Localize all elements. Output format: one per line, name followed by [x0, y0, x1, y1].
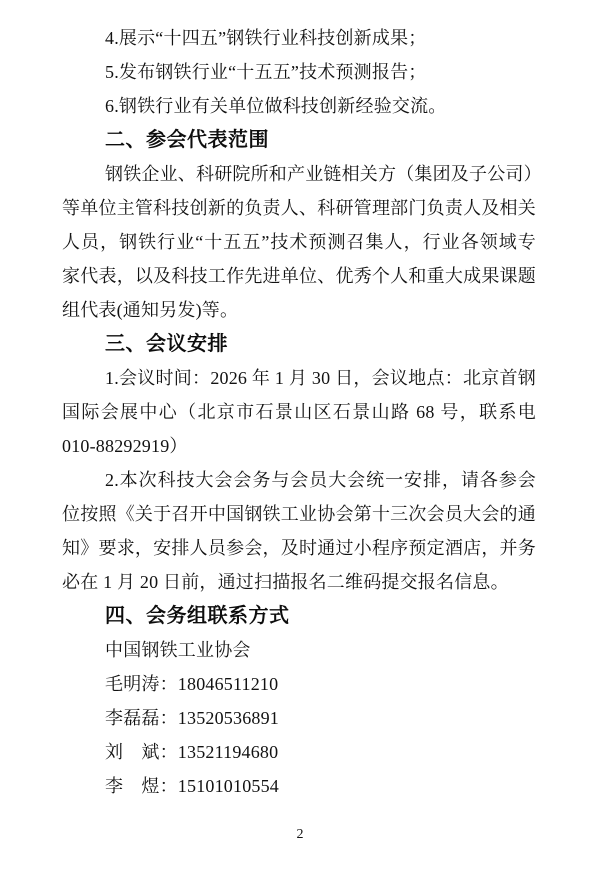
organization-name: 中国钢铁工业协会	[62, 633, 536, 667]
paragraph-line: 2.本次科技大会会务与会员大会统一安排，请各参会单	[62, 463, 536, 497]
list-item-5: 5.发布钢铁行业“十五五”技术预测报告；	[62, 55, 536, 89]
paragraph-line: 等单位主管科技创新的负责人、科研管理部门负责人及相关	[62, 191, 536, 225]
paragraph-line: 组代表(通知另发)等。	[62, 293, 536, 327]
paragraph-line: 必在 1 月 20 日前，通过扫描报名二维码提交报名信息。	[62, 565, 536, 599]
contact-line: 李 煜：15101010554	[62, 769, 536, 803]
paragraph-line: 位按照《关于召开中国钢铁工业协会第十三次会员大会的通	[62, 497, 536, 531]
contact-line: 毛明涛：18046511210	[62, 667, 536, 701]
list-item-6: 6.钢铁行业有关单位做科技创新经验交流。	[62, 89, 536, 123]
paragraph-line: 1.会议时间：2026 年 1 月 30 日，会议地点：北京首钢	[62, 361, 536, 395]
paragraph-line: 人员，钢铁行业“十五五”技术预测召集人，行业各领域专	[62, 225, 536, 259]
paragraph-line: 国际会展中心（北京市石景山区石景山路 68 号，联系电话：	[62, 395, 536, 429]
paragraph-line: 010-88292919）	[62, 429, 536, 463]
document-body: 4.展示“十四五”钢铁行业科技创新成果； 5.发布钢铁行业“十五五”技术预测报告…	[62, 21, 536, 803]
document-page: 4.展示“十四五”钢铁行业科技创新成果； 5.发布钢铁行业“十五五”技术预测报告…	[0, 0, 600, 875]
paragraph-line: 知》要求，安排人员参会，及时通过小程序预定酒店，并务	[62, 531, 536, 565]
section-heading-participants: 二、参会代表范围	[62, 123, 536, 157]
paragraph-line: 家代表，以及科技工作先进单位、优秀个人和重大成果课题	[62, 259, 536, 293]
page-number: 2	[0, 826, 600, 844]
contact-line: 李磊磊：13520536891	[62, 701, 536, 735]
section-heading-arrangements: 三、会议安排	[62, 327, 536, 361]
list-item-4: 4.展示“十四五”钢铁行业科技创新成果；	[62, 21, 536, 55]
paragraph-line: 钢铁企业、科研院所和产业链相关方（集团及子公司）	[62, 157, 536, 191]
contact-line: 刘 斌：13521194680	[62, 735, 536, 769]
section-heading-contacts: 四、会务组联系方式	[62, 599, 536, 633]
